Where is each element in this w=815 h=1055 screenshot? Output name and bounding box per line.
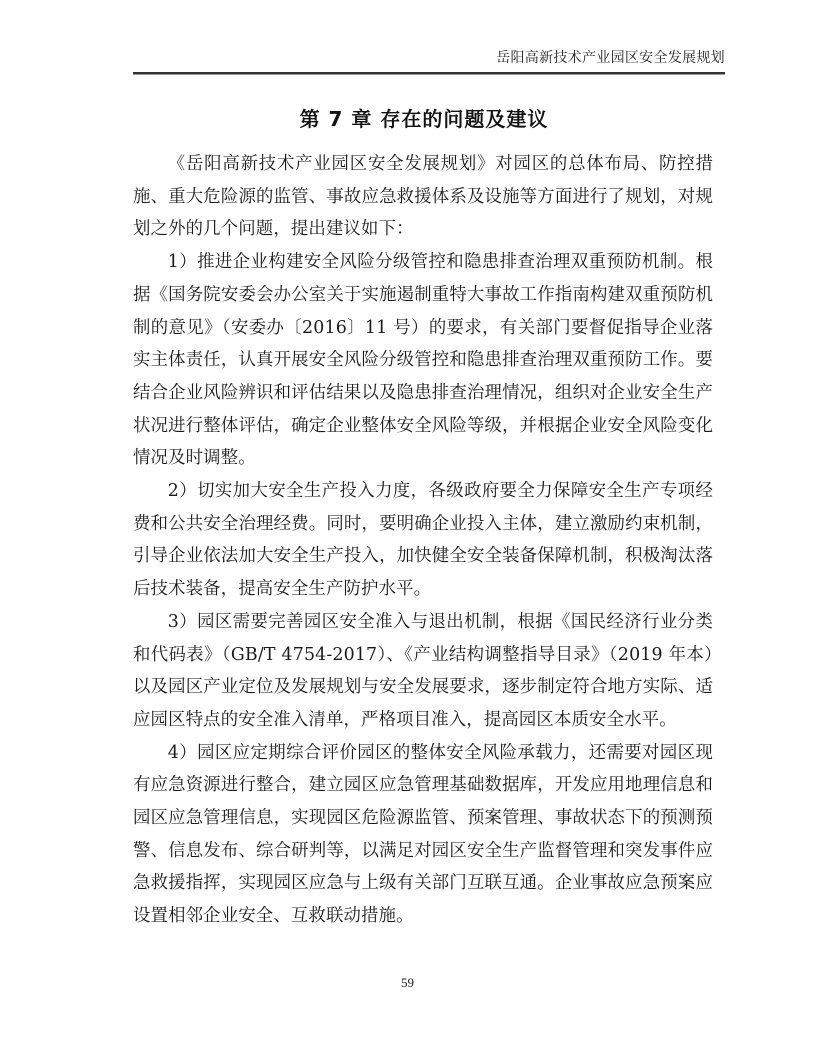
running-header: 岳阳高新技术产业园区安全发展规划 bbox=[133, 49, 725, 67]
suggestion-3-paragraph: 3）园区需要完善园区安全准入与退出机制，根据《国民经济行业分类和代码表》（GB/… bbox=[133, 606, 713, 737]
suggestion-1-paragraph: 1）推进企业构建安全风险分级管控和隐患排查治理双重预防机制。根据《国务院安委会办… bbox=[133, 246, 713, 475]
intro-paragraph: 《岳阳高新技术产业园区安全发展规划》对园区的总体布局、防控措施、重大危险源的监管… bbox=[133, 148, 713, 246]
suggestion-4-paragraph: 4）园区应定期综合评价园区的整体安全风险承载力，还需要对园区现有应急资源进行整合… bbox=[133, 737, 713, 933]
suggestion-2-paragraph: 2）切实加大安全生产投入力度，各级政府要全力保障安全生产专项经费和公共安全治理经… bbox=[133, 475, 713, 606]
header-rule bbox=[133, 72, 725, 75]
chapter-title: 第 7 章 存在的问题及建议 bbox=[133, 106, 715, 132]
document-page: 岳阳高新技术产业园区安全发展规划 第 7 章 存在的问题及建议 《岳阳高新技术产… bbox=[0, 0, 815, 1055]
page-number: 59 bbox=[0, 975, 815, 991]
body-text: 《岳阳高新技术产业园区安全发展规划》对园区的总体布局、防控措施、重大危险源的监管… bbox=[133, 148, 713, 933]
